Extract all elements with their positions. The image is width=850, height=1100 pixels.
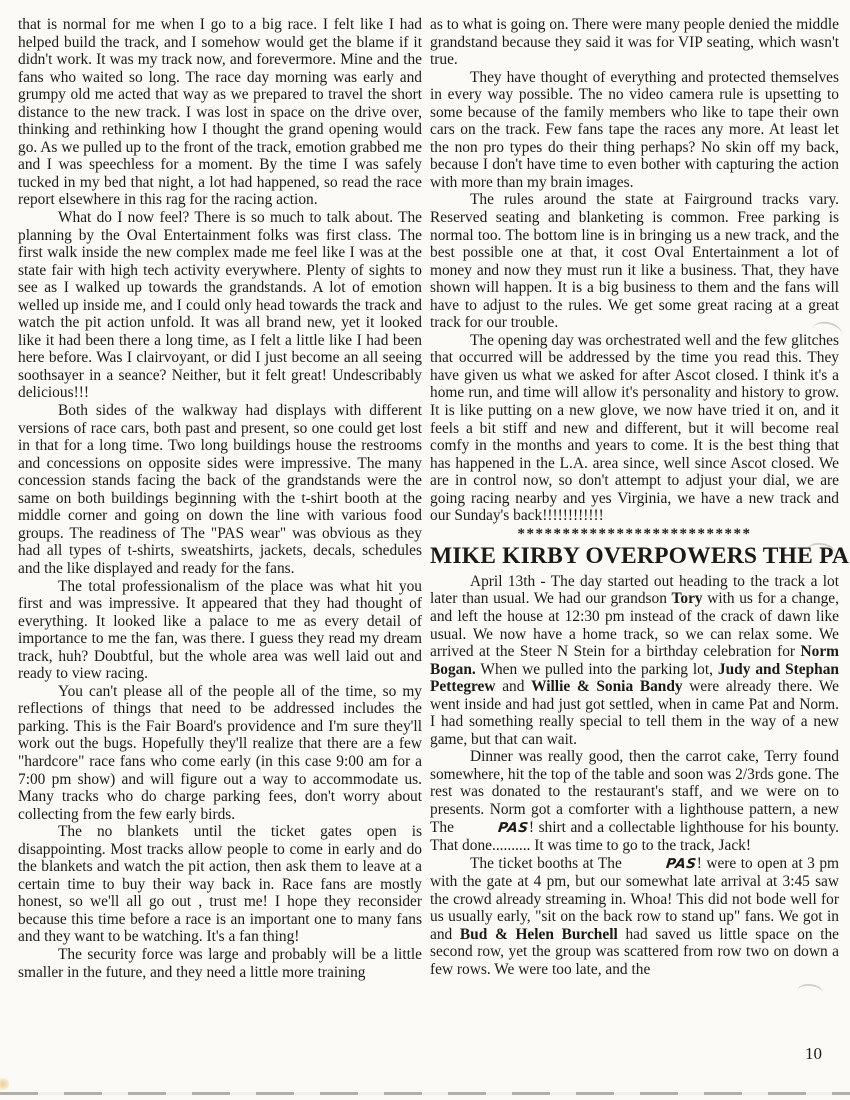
paragraph: The opening day was orchestrated well an… <box>430 332 839 525</box>
scan-edge-artifact <box>0 1092 850 1095</box>
paragraph: The rules around the state at Fairground… <box>430 191 839 331</box>
paragraph: Both sides of the walkway had displays w… <box>18 402 422 577</box>
paragraph: Dinner was really good, then the carrot … <box>430 748 839 854</box>
paragraph: The ticket booths at The PAS! were to op… <box>430 855 839 979</box>
right-column: as to what is going on. There were many … <box>430 16 839 978</box>
paragraph: They have thought of everything and prot… <box>430 69 839 192</box>
separator-asterisks: ************************** <box>430 526 839 542</box>
scan-spot-artifact <box>0 1078 9 1090</box>
paragraph: April 13th - The day started out heading… <box>430 573 839 748</box>
article-headline: MIKE KIRBY OVERPOWERS THE PAS! <box>430 543 839 570</box>
scan-curl-artifact <box>796 983 824 1002</box>
page-number: 10 <box>805 1044 822 1064</box>
left-column: that is normal for me when I go to a big… <box>18 16 422 981</box>
paragraph: You can't please all of the people all o… <box>18 683 422 823</box>
paragraph: that is normal for me when I go to a big… <box>18 16 422 209</box>
paragraph: What do I now feel? There is so much to … <box>18 209 422 402</box>
paragraph: as to what is going on. There were many … <box>430 16 839 69</box>
paragraph: The security force was large and probabl… <box>18 946 422 981</box>
paragraph: The total professionalism of the place w… <box>18 578 422 683</box>
paragraph: The no blankets until the ticket gates o… <box>18 823 422 946</box>
scanned-newsletter-page: that is normal for me when I go to a big… <box>0 0 850 1100</box>
